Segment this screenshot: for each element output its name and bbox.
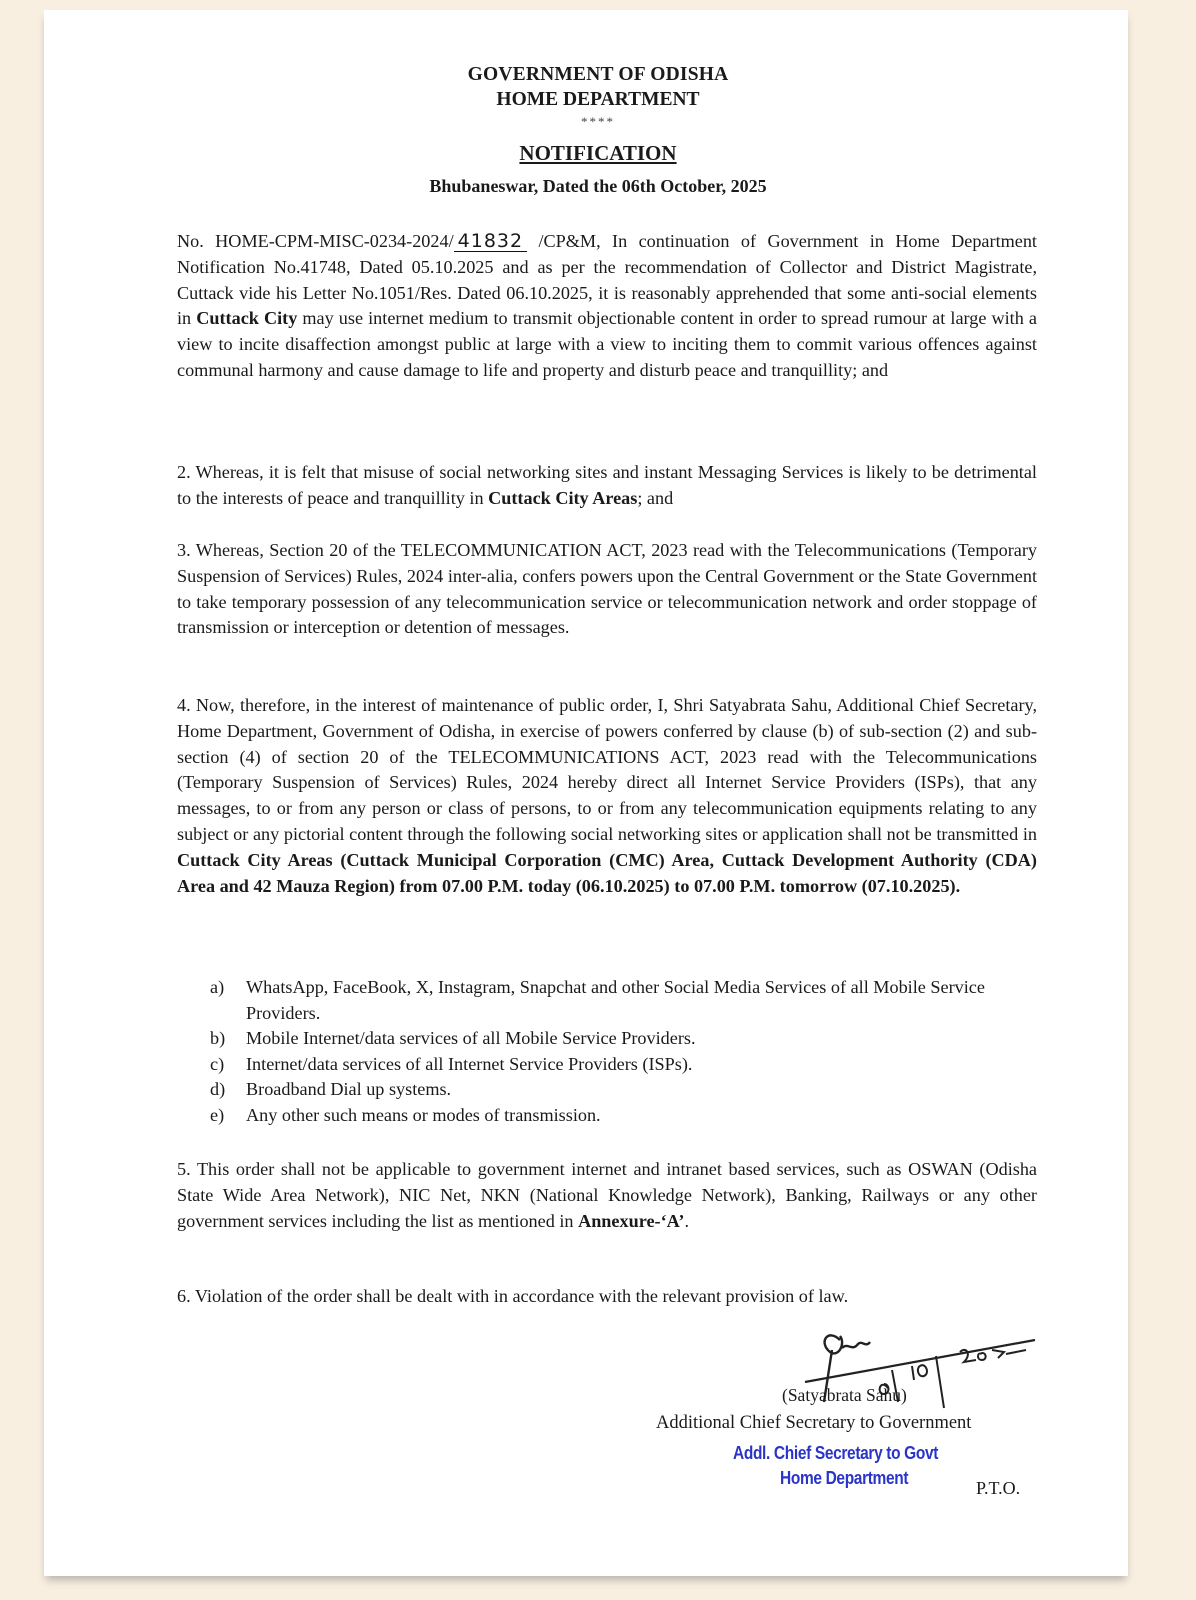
paragraph-5: 5. This order shall not be applicable to… xyxy=(177,1157,1037,1234)
paragraph-4: 4. Now, therefore, in the interest of ma… xyxy=(177,693,1037,899)
department-heading: HOME DEPARTMENT xyxy=(0,89,1196,111)
signatory-name: (Satyabrata Sahu) xyxy=(782,1385,907,1406)
paragraph-6: 6. Violation of the order shall be dealt… xyxy=(177,1284,1037,1310)
list-item: b)Mobile Internet/data services of all M… xyxy=(210,1026,1040,1052)
official-stamp-line-2: Home Department xyxy=(780,1468,908,1489)
official-stamp-line-1: Addl. Chief Secretary to Govt xyxy=(733,1443,938,1464)
paragraph-1: No. HOME-CPM-MISC-0234-2024/41832 /CP&M,… xyxy=(177,229,1037,384)
paragraph-2: 2. Whereas, it is felt that misuse of so… xyxy=(177,460,1037,512)
list-item: e)Any other such means or modes of trans… xyxy=(210,1103,1040,1129)
list-item: a)WhatsApp, FaceBook, X, Instagram, Snap… xyxy=(210,975,1040,1026)
suspended-services-list: a)WhatsApp, FaceBook, X, Instagram, Snap… xyxy=(210,975,1040,1129)
handwritten-number: 41832 xyxy=(454,231,527,252)
paragraph-3: 3. Whereas, Section 20 of the TELECOMMUN… xyxy=(177,538,1037,641)
list-item: d)Broadband Dial up systems. xyxy=(210,1077,1040,1103)
pto-marker: P.T.O. xyxy=(976,1478,1020,1499)
signatory-title: Additional Chief Secretary to Government xyxy=(656,1413,971,1434)
separator: **** xyxy=(0,114,1196,130)
list-item: c)Internet/data services of all Internet… xyxy=(210,1052,1040,1078)
notification-title: NOTIFICATION xyxy=(0,141,1196,166)
government-heading: GOVERNMENT OF ODISHA xyxy=(0,64,1196,86)
place-date: Bhubaneswar, Dated the 06th October, 202… xyxy=(0,176,1196,197)
